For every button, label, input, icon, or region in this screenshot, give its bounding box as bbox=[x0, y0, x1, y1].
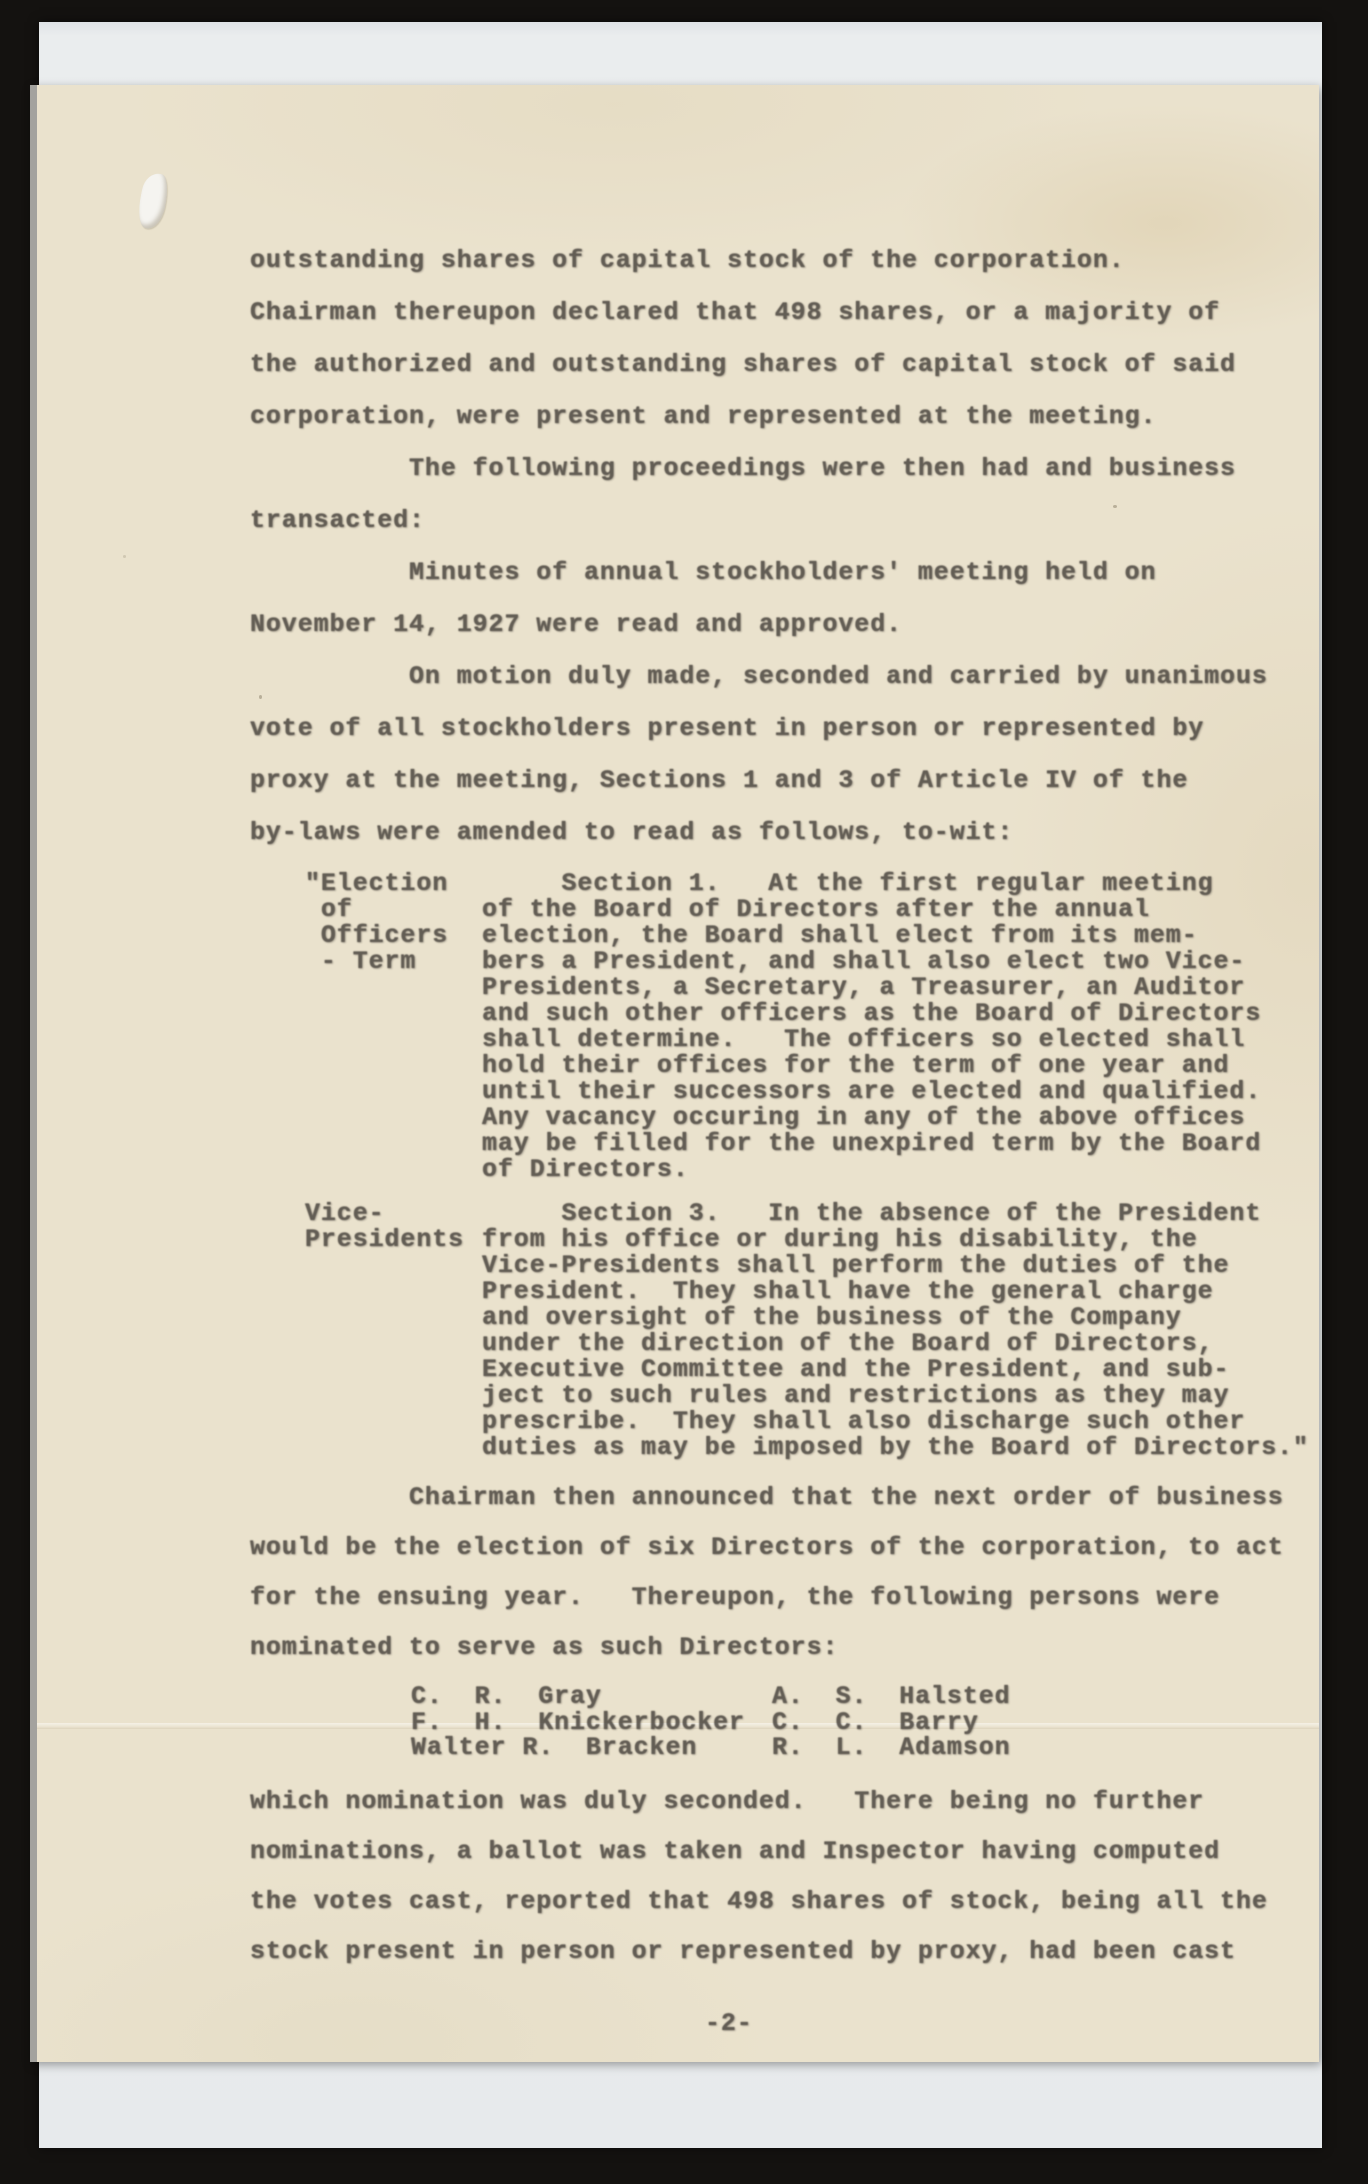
document-page: outstanding shares of capital stock of t… bbox=[30, 85, 1319, 2062]
page-number: -2- bbox=[705, 2011, 753, 2036]
nominee-list-column-2: A. S. Halsted C. C. Barry R. L. Adamson bbox=[772, 1684, 1011, 1761]
scanned-document-view: outstanding shares of capital stock of t… bbox=[0, 0, 1368, 2184]
bylaw-margin-label-vice-presidents: Vice- Presidents bbox=[305, 1201, 464, 1253]
bylaw-section-1-text: Section 1. At the first regular meeting … bbox=[482, 871, 1261, 1183]
bylaw-section-3-text: Section 3. In the absence of the Preside… bbox=[482, 1201, 1309, 1461]
ballot-result-paragraph: which nomination was duly seconded. Ther… bbox=[250, 1777, 1268, 1977]
paper-tear bbox=[134, 171, 171, 231]
bylaw-margin-label-election-of-officers: "Election of Officers - Term bbox=[305, 871, 448, 975]
dust-speck bbox=[123, 555, 126, 558]
directors-election-paragraph: Chairman then announced that the next or… bbox=[250, 1473, 1284, 1673]
nominee-list-column-1: C. R. Gray F. H. Knickerbocker Walter R.… bbox=[411, 1684, 745, 1761]
opening-paragraphs: outstanding shares of capital stock of t… bbox=[250, 235, 1268, 859]
